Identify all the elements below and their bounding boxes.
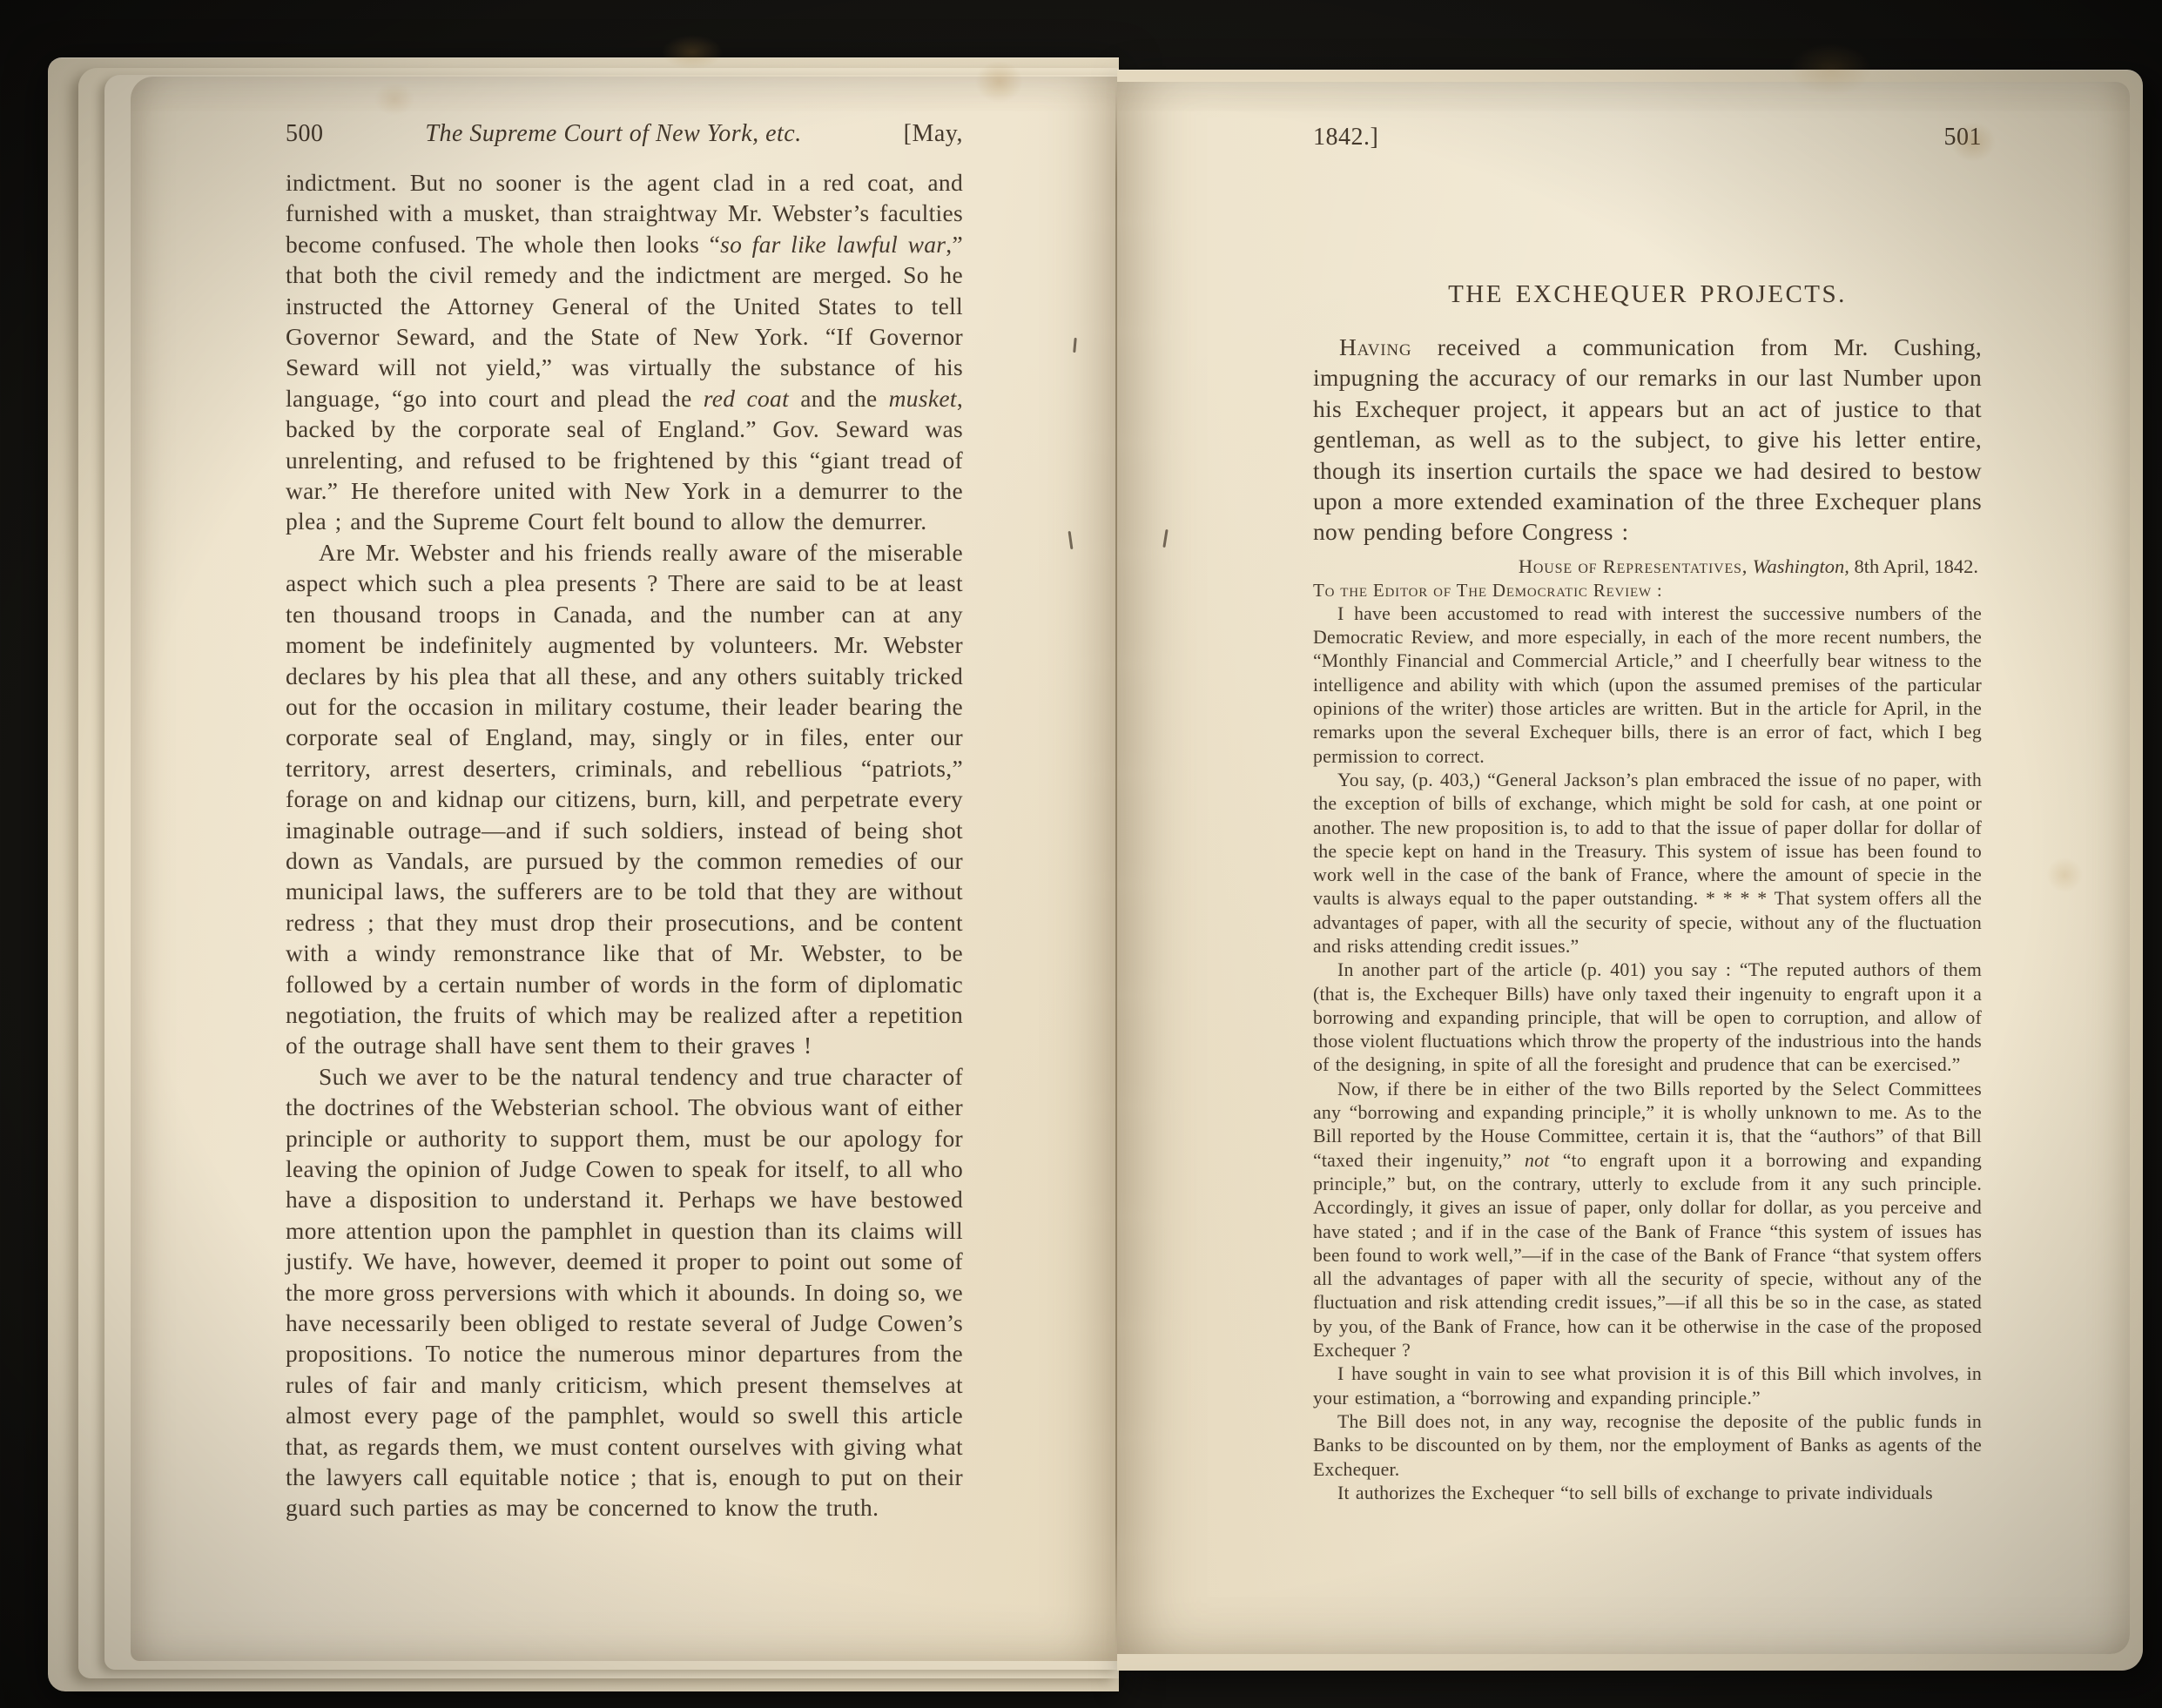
paragraph: Having received a communication from Mr.…: [1313, 332, 1982, 548]
foxing-spot: [1950, 122, 1996, 162]
article-title: THE EXCHEQUER PROJECTS.: [1313, 280, 1982, 309]
paragraph: indictment. But no sooner is the agent c…: [286, 167, 963, 537]
foxing-spot: [540, 1345, 571, 1373]
book-scan: 500 The Supreme Court of New York, etc. …: [0, 0, 2162, 1708]
letter-body: I have been accustomed to read with inte…: [1313, 602, 1982, 1505]
letter-paragraph: You say, (p. 403,) “General Jackson’s pl…: [1313, 769, 1982, 958]
letter-salutation: To the Editor of The Democratic Review :: [1313, 579, 1982, 602]
running-title: The Supreme Court of New York, etc.: [425, 120, 801, 148]
paragraph: Such we aver to be the natural tendency …: [286, 1061, 963, 1523]
letter-paragraph: The Bill does not, in any way, recognise…: [1313, 1410, 1982, 1482]
right-page-text-column: 1842.] 501 THE EXCHEQUER PROJECTS. Havin…: [1313, 124, 1982, 1505]
foxing-spot: [1789, 44, 1872, 96]
left-page-body: indictment. But no sooner is the agent c…: [286, 167, 963, 1523]
right-page-header: 1842.] 501: [1313, 124, 1982, 151]
foxing-spot: [662, 35, 723, 70]
right-page: 1842.] 501 THE EXCHEQUER PROJECTS. Havin…: [1117, 82, 2130, 1654]
foxing-spot: [2046, 857, 2083, 892]
paragraph: Are Mr. Webster and his friends really a…: [286, 537, 963, 1061]
letter-paragraph: I have been accustomed to read with inte…: [1313, 602, 1982, 769]
foxing-spot: [975, 61, 1023, 103]
article-intro: Having received a communication from Mr.…: [1313, 332, 1982, 548]
left-page: 500 The Supreme Court of New York, etc. …: [131, 77, 1117, 1661]
left-page-text-column: 500 The Supreme Court of New York, etc. …: [286, 120, 963, 1523]
left-page-header: 500 The Supreme Court of New York, etc. …: [286, 120, 963, 148]
letter-paragraph: Now, if there be in either of the two Bi…: [1313, 1078, 1982, 1363]
letter-paragraph: In another part of the article (p. 401) …: [1313, 958, 1982, 1077]
issue-month: [May,: [904, 120, 963, 148]
letter-paragraph: I have sought in vain to see what provis…: [1313, 1362, 1982, 1410]
letter-dateline: House of Representatives, Washington, 8t…: [1313, 555, 1982, 579]
letter-paragraph: It authorizes the Exchequer “to sell bil…: [1313, 1482, 1982, 1505]
left-page-number: 500: [286, 120, 324, 148]
gutter-fold-line: [1115, 85, 1117, 1649]
foxing-spot: [374, 83, 414, 116]
year-label: 1842.]: [1313, 124, 1378, 151]
